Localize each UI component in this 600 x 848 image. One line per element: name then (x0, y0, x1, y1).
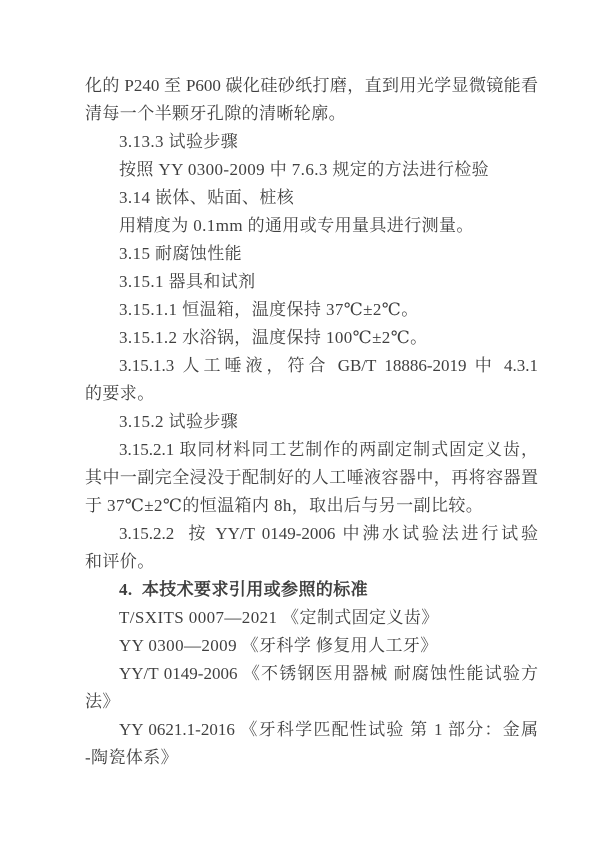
clause-line: 3.15.1.1 恒温箱，温度保持 37℃±2℃。 (85, 296, 538, 324)
clause-heading: 3.15.1 器具和试剂 (85, 268, 538, 296)
clause-heading: 3.15.2 试验步骤 (85, 408, 538, 436)
reference-line: 法》 (85, 688, 538, 716)
paragraph-line: 的要求。 (85, 380, 538, 408)
paragraph-line: 和评价。 (85, 548, 538, 576)
document-body: 化的 P240 至 P600 碳化硅砂纸打磨，直到用光学显微镜能看清每一个半颗牙… (0, 0, 600, 848)
clause-heading: 3.14 嵌体、贴面、桩核 (85, 184, 538, 212)
reference-line: YY/T 0149-2006 《不锈钢医用器械 耐腐蚀性能试验方 (85, 660, 538, 688)
clause-line: 3.15.2.2 按 YY/T 0149-2006 中沸水试验法进行试验 (85, 520, 538, 548)
reference-line: YY 0621.1-2016 《牙科学匹配性试验 第 1 部分：金属 (85, 716, 538, 744)
paragraph-line: 于 37℃±2℃的恒温箱内 8h，取出后与另一副比较。 (85, 492, 538, 520)
paragraph-line: 用精度为 0.1mm 的通用或专用量具进行测量。 (85, 212, 538, 240)
paragraph-line: 化的 P240 至 P600 碳化硅砂纸打磨，直到用光学显微镜能看 (85, 72, 538, 100)
reference-line: -陶瓷体系》 (85, 744, 538, 772)
clause-heading: 3.13.3 试验步骤 (85, 128, 538, 156)
paragraph-line: 按照 YY 0300-2009 中 7.6.3 规定的方法进行检验 (85, 156, 538, 184)
clause-line: 3.15.1.3 人工唾液，符合 GB/T 18886-2019 中 4.3.1 (85, 352, 538, 380)
reference-line: YY 0300—2009 《牙科学 修复用人工牙》 (85, 632, 538, 660)
clause-heading: 3.15 耐腐蚀性能 (85, 240, 538, 268)
reference-line: T/SXITS 0007—2021 《定制式固定义齿》 (85, 604, 538, 632)
document-page: 化的 P240 至 P600 碳化硅砂纸打磨，直到用光学显微镜能看清每一个半颗牙… (0, 0, 600, 848)
section-heading: 4. 本技术要求引用或参照的标准 (85, 576, 538, 604)
clause-line: 3.15.1.2 水浴锅，温度保持 100℃±2℃。 (85, 324, 538, 352)
paragraph-line: 其中一副完全浸没于配制好的人工唾液容器中，再将容器置 (85, 464, 538, 492)
clause-line: 3.15.2.1 取同材料同工艺制作的两副定制式固定义齿， (85, 436, 538, 464)
paragraph-line: 清每一个半颗牙孔隙的清晰轮廓。 (85, 100, 538, 128)
